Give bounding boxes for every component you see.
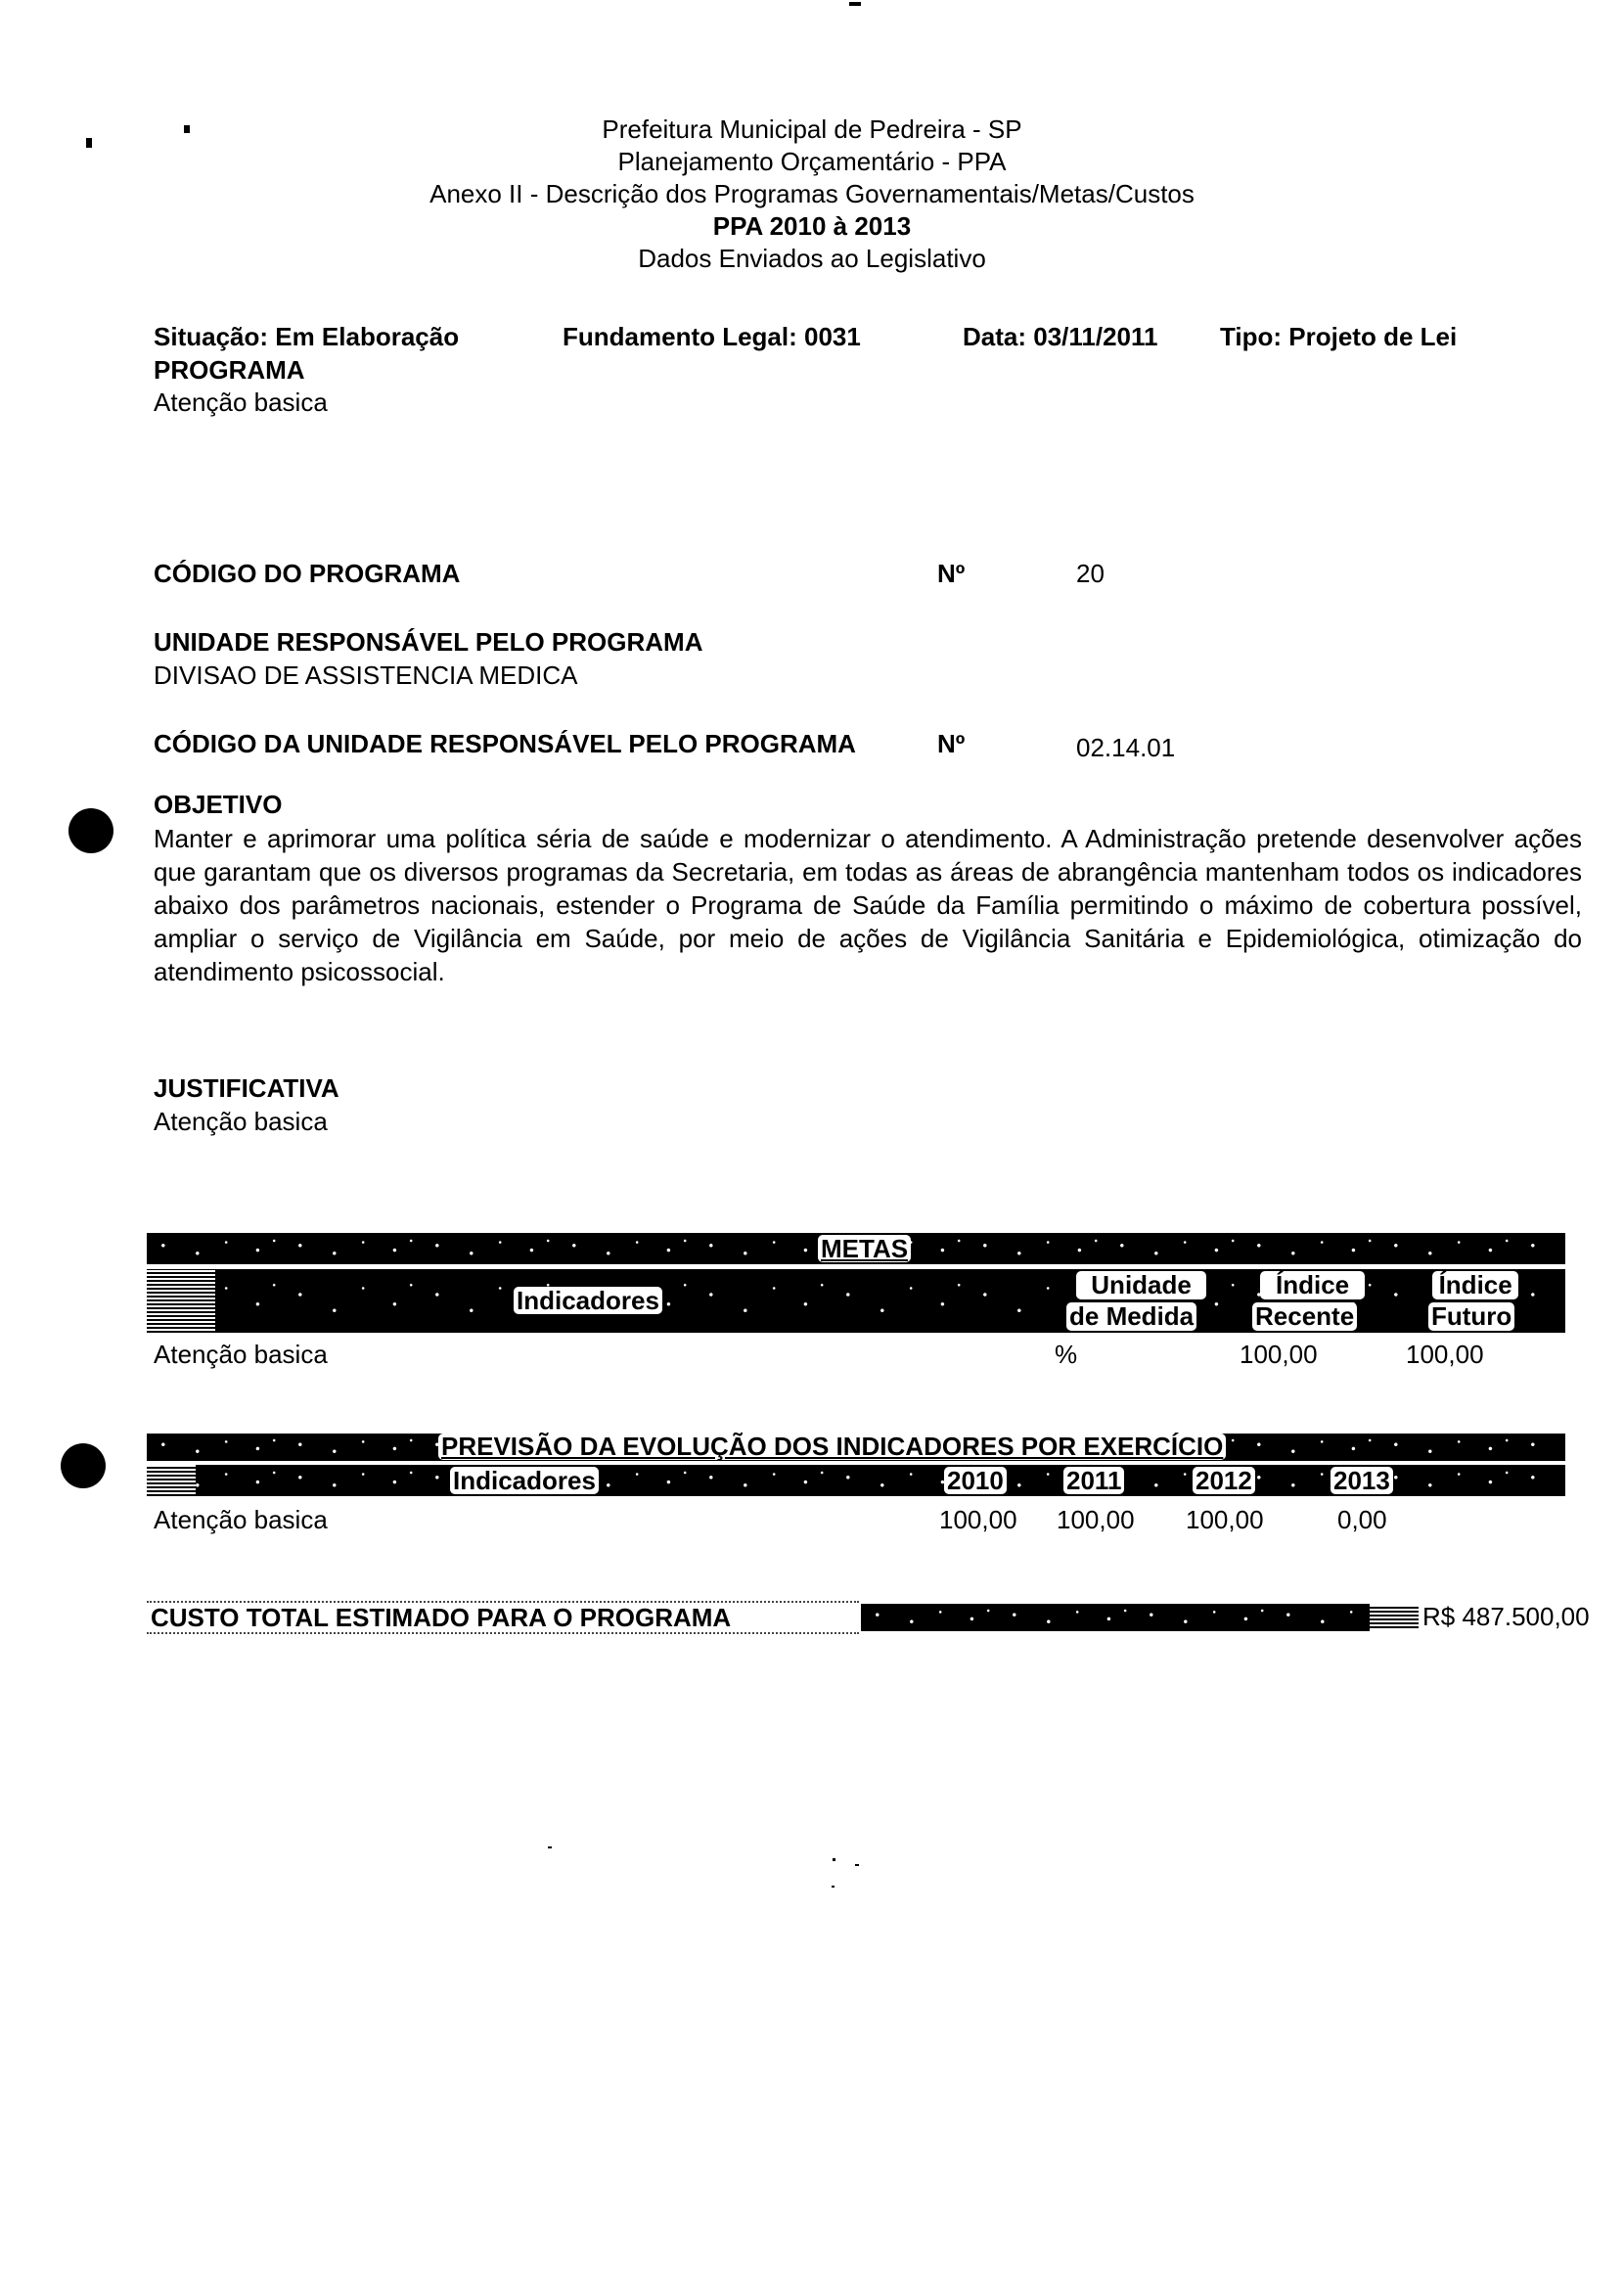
codigo-unidade-value: 02.14.01 [1076,732,1175,764]
previsao-row-2010: 100,00 [939,1504,1017,1536]
scan-speck [849,2,861,6]
metas-header-bar: Indicadores Unidade de Medida Índice Rec… [147,1269,1565,1333]
previsao-header-bar: Indicadores 2010 2011 2012 2013 [147,1465,1565,1496]
justificativa-text: Atenção basica [154,1106,328,1138]
header-annex: Anexo II - Descrição dos Programas Gover… [0,178,1624,210]
programa-value: Atenção basica [154,387,328,419]
scan-speck [832,1886,835,1888]
document-header: Prefeitura Municipal de Pedreira - SP Pl… [0,114,1624,275]
header-sent-to-legislative: Dados Enviados ao Legislativo [0,243,1624,275]
metas-row-indicador: Atenção basica [154,1339,328,1371]
objetivo-text: Manter e aprimorar uma política séria de… [154,822,1582,988]
previsao-col-2011: 2011 [1063,1467,1124,1494]
metas-col-futuro-l1: Índice [1432,1271,1518,1299]
metas-table: METAS Indicadores Unidade de Medida Índi… [147,1233,1565,1380]
metas-row-unidade: % [1055,1339,1077,1371]
codigo-unidade-label: CÓDIGO DA UNIDADE RESPONSÁVEL PELO PROGR… [154,728,856,760]
custo-total-value: R$ 487.500,00 [1422,1601,1590,1633]
codigo-programa-label: CÓDIGO DO PROGRAMA [154,558,460,590]
punch-hole [61,1443,106,1488]
metas-col-unidade: Unidade de Medida [1076,1271,1206,1331]
metas-row-indice-recente: 100,00 [1240,1339,1318,1371]
header-municipality: Prefeitura Municipal de Pedreira - SP [0,114,1624,146]
previsao-col-2012: 2012 [1193,1467,1255,1494]
metas-col-recente: Índice Recente [1252,1271,1357,1331]
table-row: Atenção basica 100,00 100,00 100,00 0,00 [147,1504,1565,1537]
codigo-unidade-no-label: Nº [937,728,965,760]
previsao-col-2013: 2013 [1331,1467,1393,1494]
previsao-col-indicadores: Indicadores [450,1467,599,1494]
custo-bar [861,1604,1370,1631]
metas-row-indice-futuro: 100,00 [1406,1339,1484,1371]
punch-hole [68,808,113,853]
fundamento-legal: Fundamento Legal: 0031 [563,321,861,353]
previsao-row-2011: 100,00 [1057,1504,1135,1536]
previsao-row-2012: 100,00 [1186,1504,1264,1536]
metas-col-futuro: Índice Futuro [1428,1271,1514,1331]
header-planning: Planejamento Orçamentário - PPA [0,146,1624,178]
header-ppa-period: PPA 2010 à 2013 [0,210,1624,243]
table-row: Atenção basica % 100,00 100,00 [147,1339,1565,1372]
previsao-row-2013: 0,00 [1337,1504,1387,1536]
document-date: Data: 03/11/2011 [963,321,1158,353]
scan-speck [855,1864,859,1866]
metas-title-bar: METAS [147,1233,1565,1264]
codigo-programa-value: 20 [1076,558,1105,590]
justificativa-label: JUSTIFICATIVA [154,1072,339,1105]
custo-total-row: CUSTO TOTAL ESTIMADO PARA O PROGRAMA R$ … [147,1601,1565,1634]
scan-speck [833,1858,835,1861]
metas-col-indicadores: Indicadores [514,1287,662,1314]
previsao-col-2010: 2010 [944,1467,1007,1494]
status-situacao: Situação: Em Elaboração [154,321,459,353]
metas-col-unidade-l1: Unidade [1076,1271,1206,1299]
previsao-table: PREVISÃO DA EVOLUÇÃO DOS INDICADORES POR… [147,1434,1565,1541]
unidade-value: DIVISAO DE ASSISTENCIA MEDICA [154,660,577,692]
bar-noise [1370,1607,1419,1628]
custo-total-label: CUSTO TOTAL ESTIMADO PARA O PROGRAMA [151,1602,731,1634]
metas-col-futuro-l2: Futuro [1428,1302,1514,1331]
previsao-title: PREVISÃO DA EVOLUÇÃO DOS INDICADORES POR… [438,1434,1226,1460]
metas-col-recente-l2: Recente [1252,1302,1357,1331]
previsao-row-indicador: Atenção basica [154,1504,328,1536]
previsao-title-bar: PREVISÃO DA EVOLUÇÃO DOS INDICADORES POR… [147,1434,1565,1461]
custo-label-box: CUSTO TOTAL ESTIMADO PARA O PROGRAMA [147,1601,859,1634]
unidade-label: UNIDADE RESPONSÁVEL PELO PROGRAMA [154,626,702,659]
codigo-programa-no-label: Nº [937,558,965,590]
objetivo-label: OBJETIVO [154,789,282,821]
metas-title: METAS [818,1235,911,1262]
metas-col-recente-l1: Índice [1260,1271,1365,1299]
metas-col-unidade-l2: de Medida [1066,1302,1196,1331]
bar-noise [147,1269,215,1333]
bar-noise [147,1465,196,1496]
document-type: Tipo: Projeto de Lei [1220,321,1457,353]
programa-label: PROGRAMA [154,354,305,387]
scan-speck [548,1846,552,1848]
